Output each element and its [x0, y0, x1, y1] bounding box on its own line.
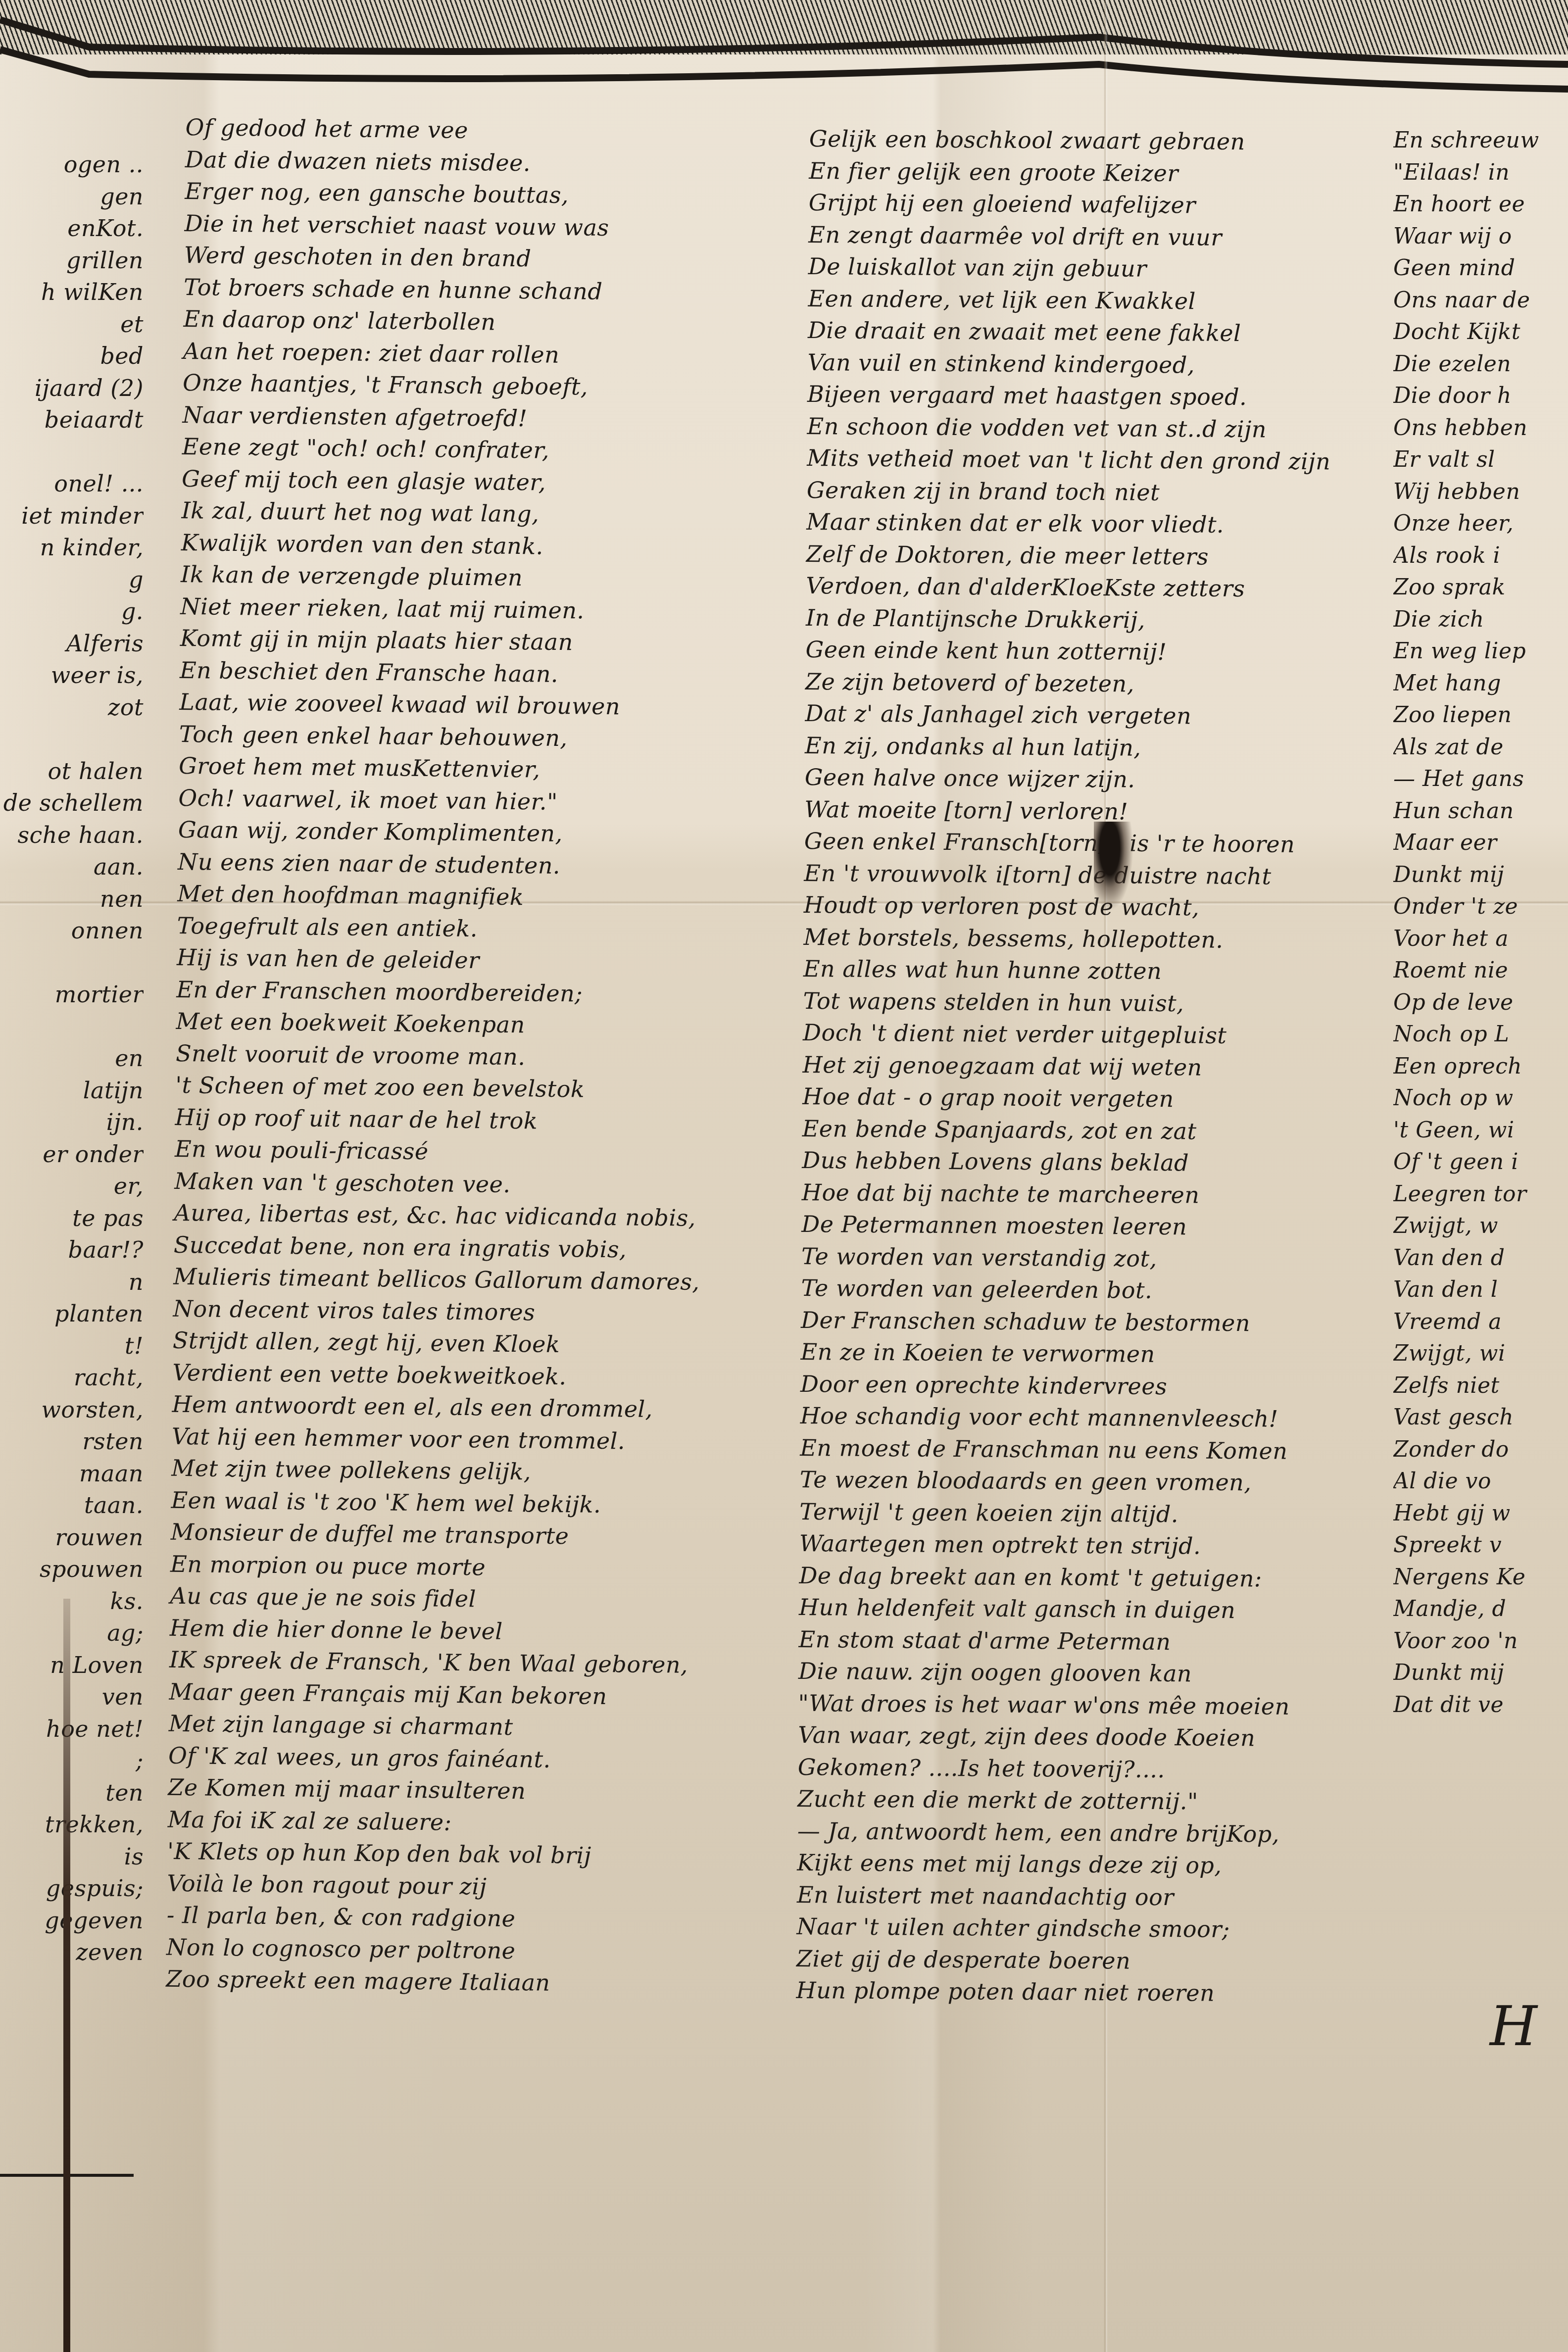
poem-line: Maar eer	[1393, 827, 1568, 859]
poem-line: Dunkt mij	[1393, 1657, 1568, 1689]
poem-line: te pas	[0, 1202, 144, 1234]
poem-line: Door een oprechte kindervrees	[800, 1368, 1324, 1403]
poem-line: Zoo liepen	[1393, 699, 1568, 732]
poem-line: Der Franschen schaduw te bestormen	[801, 1304, 1324, 1339]
poem-line: bed	[0, 340, 144, 372]
poem-line: Hun schan	[1393, 795, 1568, 828]
poem-line: Van vuil en stinkend kindergoed,	[807, 346, 1331, 382]
poem-line: Laat, wie zooveel kwaad wil brouwen	[179, 686, 706, 724]
poem-line: 't Geen, wi	[1393, 1115, 1568, 1147]
poem-line: Die zich	[1393, 604, 1568, 636]
poem-line: Onze haantjes, 't Fransch geboeft,	[183, 367, 709, 404]
poem-line: weer is,	[0, 659, 144, 691]
poem-line: planten	[0, 1298, 144, 1330]
poem-line: Dat dit ve	[1393, 1689, 1568, 1721]
poem-line: Die nauw. zijn oogen glooven kan	[798, 1655, 1322, 1691]
poem-line: En luistert met naandachtig oor	[797, 1878, 1321, 1914]
poem-line: Zwijgt, w	[1393, 1210, 1568, 1242]
poem-line: Bijeen vergaard met haastgen spoed.	[807, 378, 1331, 414]
poem-line: h wilKen	[0, 276, 144, 308]
poem-line: Hem die hier donne le bevel	[170, 1612, 696, 1649]
poem-line: n	[0, 1266, 144, 1298]
poem-line: Of 't geen i	[1393, 1146, 1568, 1178]
poem-line: Non lo cognosco per poltrone	[166, 1931, 693, 1968]
poem-line: En schreeuw	[1393, 125, 1568, 157]
poem-line: Grijpt hij een gloeiend wafelijzer	[809, 187, 1332, 222]
poem-line: er onder	[0, 1138, 144, 1171]
poem-line: Vreemd a	[1393, 1306, 1568, 1338]
poem-line: Geen einde kent hun zotternij!	[805, 634, 1329, 669]
poem-line: Een oprech	[1393, 1051, 1568, 1083]
poem-line: Een andere, vet lijk een Kwakkel	[808, 282, 1331, 318]
poem-line: En hoort ee	[1393, 189, 1568, 221]
poem-line: Die in het verschiet naast vouw was	[184, 207, 711, 245]
poem-line: Voilà le bon ragout pour zij	[167, 1867, 693, 1905]
poem-line: En weg liep	[1393, 636, 1568, 668]
poem-line: En 't vrouwvolk i[torn] de duistre nacht	[804, 857, 1327, 892]
poem-line: g.	[0, 595, 144, 628]
poem-line: rsten	[0, 1425, 144, 1458]
poem-line: Ma foi iK zal ze saluere:	[168, 1803, 694, 1841]
poem-line: Roemt nie	[1393, 955, 1568, 987]
poem-line: Gaan wij, zonder Komplimenten,	[178, 814, 704, 851]
signature-initial: H	[1490, 1995, 1537, 2058]
poem-line: is	[0, 1841, 144, 1873]
poem-line: Alferis	[0, 628, 144, 660]
poem-line: Van den l	[1393, 1274, 1568, 1306]
poem-line: Snelt vooruit de vroome man.	[176, 1037, 702, 1075]
poem-line: Gekomen? ....Is het tooverij?....	[798, 1751, 1322, 1786]
poem-line: Dus hebben Lovens glans beklad	[802, 1144, 1325, 1180]
poem-line: Onder 't ze	[1393, 891, 1568, 923]
poem-line: Kwalijk worden van den stank.	[181, 526, 708, 564]
poem-line: Hun plompe poten daar niet roeren	[796, 1974, 1320, 2010]
poem-line: Een bende Spanjaards, zot en zat	[802, 1112, 1326, 1148]
poem-line: Och! vaarwel, ik moet van hier."	[178, 782, 705, 819]
poem-line: Verdient een vette boekweitkoek.	[172, 1356, 699, 1394]
poem-line: Ik kan de verzengde pluimen	[181, 558, 707, 596]
poem-line: Met hang	[1393, 668, 1568, 700]
poem-line: In de Plantijnsche Drukkerij,	[806, 601, 1329, 637]
poem-line: En wou pouli-fricassé	[175, 1133, 701, 1171]
poem-line: Gelijk een boschkool zwaart gebraen	[809, 123, 1333, 158]
poem-line: 't Scheen of met zoo een bevelstok	[175, 1069, 702, 1107]
poem-line: nen	[0, 883, 144, 915]
poem-column-right-partial: En schreeuw "Eilaas! in En hoort ee Waar…	[1393, 125, 1568, 1721]
poem-line: Maken van 't geschoten vee.	[174, 1165, 701, 1202]
poem-line: ogen ..	[0, 148, 144, 181]
poem-line: beiaardt	[0, 404, 144, 436]
poem-line: 'K Klets op hun Kop den bak vol brij	[167, 1835, 694, 1873]
poem-line: Met borstels, bessems, hollepotten.	[803, 921, 1327, 956]
poem-line: Ze Komen mij maar insulteren	[168, 1771, 694, 1809]
poem-line: Werd geschoten in den brand	[184, 239, 711, 277]
poem-line: Wij hebben	[1393, 476, 1568, 508]
poem-line: Nergens Ke	[1393, 1562, 1568, 1594]
poem-line: En moest de Franschman nu eens Komen	[800, 1431, 1323, 1467]
poem-line: taan.	[0, 1489, 144, 1521]
poem-line: En beschiet den Fransche haan.	[180, 654, 706, 691]
poem-line: gespuis;	[0, 1872, 144, 1905]
poem-line: Groet hem met musKettenvier,	[179, 750, 705, 787]
poem-line: latijn	[0, 1075, 144, 1107]
poem-line: Als zat de	[1393, 732, 1568, 764]
poem-line: Een waal is 't zoo 'K hem wel bekijk.	[171, 1484, 697, 1521]
poem-line: En daarop onz' laterbollen	[183, 303, 710, 341]
poem-line: Te worden van verstandig zot,	[801, 1240, 1325, 1275]
poem-line: Kijkt eens met mij langs deze zij op,	[797, 1847, 1321, 1882]
poem-line	[0, 947, 144, 979]
poem-line: Succedat bene, non era ingratis vobis,	[174, 1228, 700, 1266]
poem-line: n Loven	[0, 1649, 144, 1681]
poem-line: Met een boekweit Koekenpan	[176, 1005, 702, 1043]
poem-line: Op de leve	[1393, 987, 1568, 1019]
poem-line	[0, 723, 144, 755]
poem-line: rouwen	[0, 1521, 144, 1554]
poem-line: Met zijn langage si charmant	[169, 1708, 695, 1745]
poem-column-center-left: Of gedood het arme vee Dat die dwazen ni…	[166, 111, 712, 2000]
poem-line: Vast gesch	[1393, 1402, 1568, 1434]
poem-line: Zucht een die merkt de zotternij."	[797, 1783, 1321, 1818]
poem-line: De dag breekt aan en komt 't getuigen:	[799, 1559, 1323, 1595]
poem-line: enKot.	[0, 212, 144, 245]
poem-line: Naar verdiensten afgetroefd!	[182, 398, 709, 436]
poem-line: Au cas que je ne sois fidel	[170, 1580, 696, 1617]
poem-line: Komt gij in mijn plaats hier staan	[180, 622, 707, 660]
poem-line: de schellem	[0, 787, 144, 819]
poem-line	[0, 1011, 144, 1043]
poem-line: ijaard (2)	[0, 372, 144, 404]
poem-line: Dunkt mij	[1393, 859, 1568, 891]
poem-line: mortier	[0, 979, 144, 1011]
poem-line: Noch op w	[1393, 1082, 1568, 1115]
poem-line: Vat hij een hemmer voor een trommel.	[172, 1420, 698, 1458]
poem-line: Van waar, zegt, zijn dees doode Koeien	[798, 1719, 1322, 1755]
poem-line: Hun heldenfeit valt gansch in duigen	[799, 1591, 1323, 1627]
poem-line: Doch 't dient niet verder uitgepluist	[803, 1017, 1326, 1052]
poem-line: worsten,	[0, 1394, 144, 1426]
poem-line: Tot wapens stelden in hun vuist,	[803, 984, 1326, 1020]
poem-line: Verdoen, dan d'alderKloeKste zetters	[806, 570, 1329, 605]
poem-line: Met den hoofdman magnifiek	[177, 878, 704, 915]
poem-line: spouwen	[0, 1553, 144, 1585]
poem-line: Mandje, d	[1393, 1593, 1568, 1625]
poem-line: Of gedood het arme vee	[185, 111, 712, 149]
poem-line: Het zij genoegzaam dat wij weten	[802, 1048, 1326, 1084]
poem-line: en	[0, 1042, 144, 1075]
poem-line: aan.	[0, 851, 144, 883]
poem-line: trekken,	[0, 1809, 144, 1841]
paper-hole-tear	[1094, 822, 1133, 911]
poem-line: Geraken zij in brand toch niet	[807, 474, 1330, 509]
poem-line: grillen	[0, 245, 144, 277]
poem-line: Die door h	[1393, 380, 1568, 412]
poem-line: Zoo spreekt een magere Italiaan	[166, 1963, 692, 2001]
poem-line: Spreekt v	[1393, 1529, 1568, 1562]
poem-line: Te worden van geleerden bot.	[801, 1272, 1324, 1308]
poem-line: zeven	[0, 1936, 144, 1968]
poem-line: En stom staat d'arme Peterman	[798, 1623, 1322, 1659]
poem-line: ijn.	[0, 1106, 144, 1138]
poem-line: Docht Kijkt	[1393, 316, 1568, 348]
poem-line: Hij op roof uit naar de hel trok	[175, 1101, 701, 1138]
poem-line: Mits vetheid moet van 't licht den grond…	[807, 442, 1330, 478]
poem-line: ten	[0, 1777, 144, 1809]
poem-line: Tot broers schade en hunne schand	[184, 271, 710, 308]
poem-line: Niet meer rieken, laat mij ruimen.	[180, 590, 707, 628]
poem-line: Mulieris timeant bellicos Gallorum damor…	[173, 1261, 700, 1298]
poem-line: Ze zijn betoverd of bezeten,	[805, 665, 1329, 701]
poem-line: Ziet gij de desperate boeren	[796, 1942, 1320, 1978]
poem-line: Maar geen Français mij Kan bekoren	[169, 1675, 695, 1713]
poem-line: Houdt op verloren post de wacht,	[804, 889, 1327, 925]
poem-line: Er valt sl	[1393, 444, 1568, 476]
poem-line: onel! ...	[0, 468, 144, 500]
poem-line: Zelf de Doktoren, die meer letters	[806, 538, 1330, 573]
poem-line: De luiskallot van zijn gebuur	[808, 250, 1332, 286]
poem-line: Hebt gij w	[1393, 1498, 1568, 1530]
poem-line: Ons hebben	[1393, 412, 1568, 444]
poem-line: Voor het a	[1393, 923, 1568, 955]
poem-line: Voor zoo 'n	[1393, 1625, 1568, 1658]
poem-line: Dat z' als Janhagel zich vergeten	[805, 697, 1328, 733]
poem-line: Hoe schandig voor echt mannenvleesch!	[800, 1400, 1324, 1435]
poem-line: Ik zal, duurt het nog wat lang,	[181, 494, 708, 532]
poem-line: En der Franschen moordbereiden;	[176, 973, 703, 1011]
poem-line: Monsieur de duffel me transporte	[171, 1516, 697, 1554]
poem-line: ag;	[0, 1617, 144, 1649]
poem-line: Toch geen enkel haar behouwen,	[179, 718, 705, 755]
poem-line: racht,	[0, 1362, 144, 1394]
poem-line: Strijdt allen, zegt hij, even Kloek	[173, 1324, 699, 1362]
poem-line: En zij, ondanks al hun latijn,	[805, 729, 1328, 765]
poem-line: Geen mind	[1393, 252, 1568, 285]
poem-line: Te wezen bloodaards en geen vromen,	[800, 1464, 1323, 1499]
poem-line: Hoe dat bij nachte te marcheeren	[802, 1176, 1325, 1212]
poem-line: hoe net!	[0, 1713, 144, 1745]
poem-line: "Eilaas! in	[1393, 157, 1568, 189]
poem-line: Aan het roepen: ziet daar rollen	[183, 335, 710, 372]
poem-line: Zelfs niet	[1393, 1370, 1568, 1402]
poem-line: IK spreek de Fransch, 'K ben Waal gebore…	[169, 1644, 696, 1681]
poem-line: En ze in Koeien te verwormen	[800, 1336, 1324, 1372]
poem-line: Leegren tor	[1393, 1178, 1568, 1211]
poem-line: Aurea, libertas est, &c. hac vidicanda n…	[174, 1197, 700, 1234]
poem-line: Nu eens zien naar de studenten.	[178, 845, 704, 883]
poem-column-center-right: Gelijk een boschkool zwaart gebraen En f…	[796, 123, 1332, 2010]
poem-line: maan	[0, 1458, 144, 1490]
poem-line: gen	[0, 181, 144, 213]
paper-tear	[63, 1599, 70, 2352]
poem-line: Zwijgt, wi	[1393, 1338, 1568, 1370]
poem-line: ot halen	[0, 755, 144, 787]
poem-line: Zoo sprak	[1393, 572, 1568, 604]
poem-line: Hoe dat - o grap nooit vergeten	[802, 1080, 1326, 1116]
poem-line: De Petermannen moesten leeren	[801, 1208, 1325, 1244]
poem-line: Maar stinken dat er elk voor vliedt.	[806, 506, 1330, 541]
poem-line: Non decent viros tales timores	[173, 1292, 699, 1330]
poem-line	[0, 436, 144, 468]
poem-line: Geen enkel Fransch[torn]n is 'r te hoore…	[804, 825, 1328, 861]
poem-line: Ons naar de	[1393, 285, 1568, 317]
illustration-frame-border	[0, 0, 1568, 99]
poem-line: Geef mij toch een glasje water,	[182, 462, 708, 500]
poem-line: En fier gelijk een groote Keizer	[809, 154, 1332, 190]
poem-line: n kinder,	[0, 532, 144, 564]
poem-line: Of 'K zal wees, un gros fainéant.	[168, 1739, 695, 1777]
poem-line: Terwijl 't geen koeien zijn altijd.	[799, 1495, 1323, 1531]
poem-line: et	[0, 308, 144, 341]
poem-line: Waar wij o	[1393, 221, 1568, 253]
poem-line: En morpion ou puce morte	[170, 1548, 697, 1585]
poem-line: Die draait en zwaait met eene fakkel	[808, 314, 1331, 350]
poem-line: - Il parla ben, & con radgione	[167, 1899, 693, 1937]
poem-line: En alles wat hun hunne zotten	[803, 953, 1327, 988]
poem-line: Met zijn twee pollekens gelijk,	[171, 1452, 698, 1490]
poem-line: Eene zegt "och! och! confrater,	[182, 431, 709, 468]
poem-line: Al die vo	[1393, 1466, 1568, 1498]
poem-line: Hem antwoordt een el, als een drommel,	[172, 1388, 698, 1426]
poem-line: Waartegen men optrekt ten strijd.	[799, 1527, 1323, 1563]
poem-line: Wat moeite [torn] verloren!	[804, 793, 1328, 829]
poem-line: Als rook i	[1393, 540, 1568, 572]
poem-line: En schoon die vodden vet van st..d zijn	[807, 410, 1330, 445]
poem-line: Naar 't uilen achter gindsche smoor;	[796, 1911, 1320, 1946]
poem-line: zot	[0, 691, 144, 724]
poem-line: Die ezelen	[1393, 348, 1568, 381]
poem-line: ven	[0, 1681, 144, 1713]
poem-line: Zonder do	[1393, 1434, 1568, 1466]
poem-line: ks.	[0, 1585, 144, 1617]
poem-line: ;	[0, 1745, 144, 1777]
poem-line: iet minder	[0, 500, 144, 532]
poem-line: Dat die dwazen niets misdee.	[185, 143, 712, 181]
poem-line: Geen halve once wijzer zijn.	[805, 761, 1328, 797]
poem-line: gegeven	[0, 1905, 144, 1937]
poem-line: Toegefrult als een antiek.	[177, 909, 703, 947]
poem-line: baar!?	[0, 1234, 144, 1266]
poem-line: — Het gans	[1393, 763, 1568, 795]
poem-line: sche haan.	[0, 819, 144, 851]
poem-column-left-partial: ogen .. gen enKot. grillen h wilKen et b…	[0, 148, 144, 1968]
poem-line: — Ja, antwoordt hem, een andre brijKop,	[797, 1814, 1321, 1850]
poem-line: er,	[0, 1170, 144, 1202]
poem-line: Van den d	[1393, 1242, 1568, 1274]
poem-line: "Wat droes is het waar w'ons mêe moeien	[798, 1687, 1322, 1722]
poem-line: Noch op L	[1393, 1019, 1568, 1051]
poem-line: Onze heer,	[1393, 508, 1568, 540]
poem-line: t!	[0, 1330, 144, 1362]
poem-line: g	[0, 564, 144, 596]
poem-line: onnen	[0, 915, 144, 947]
poem-line: Erger nog, een gansche bouttas,	[185, 175, 711, 213]
poem-line: En zengt daarmêe vol drift en vuur	[808, 218, 1332, 254]
poem-line: Hij is van hen de geleider	[177, 941, 703, 979]
